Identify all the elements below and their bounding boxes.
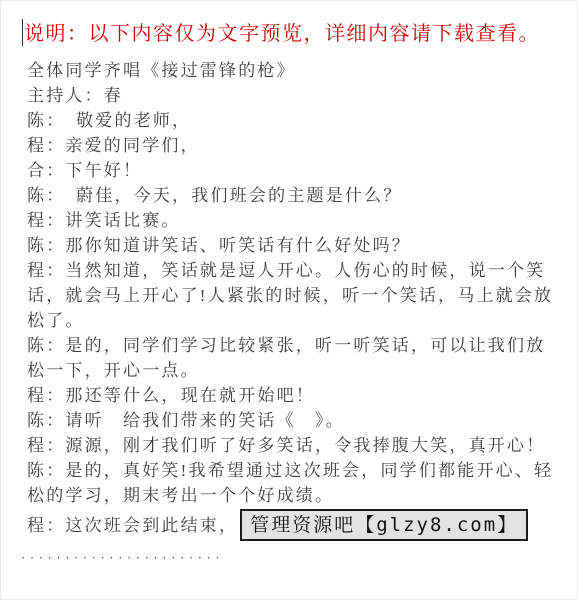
script-line: 程：当然知道，笑话就是逗人开心。人伤心的时候，说一个笑 [27,258,575,283]
document-preview-page: 说明：以下内容仅为文字预览，详细内容请下载查看。 全体同学齐唱《接过雷锋的枪》 … [0,0,578,600]
script-line: 松的学习，期末考出一个个好成绩。 [27,483,575,508]
text-caret [22,19,23,46]
script-line: 陈：请听 给我们带来的笑话《 》。 [27,408,575,433]
script-line: 松了。 [27,308,575,333]
script-line: 全体同学齐唱《接过雷锋的枪》 [27,58,575,83]
script-line: 合：下午好！ [27,158,575,183]
script-line: 程：源源，刚才我们听了好多笑话，令我捧腹大笑，真开心！ [27,433,575,458]
script-line: 陈： 蔚佳，今天，我们班会的主题是什么？ [27,183,575,208]
script-line: 程：讲笑话比赛。 [27,208,575,233]
script-line: 松一下，开心一点。 [27,358,575,383]
script-line: 程：那还等什么，现在就开始吧！ [27,383,575,408]
closing-line-text: 程：这次班会到此结束， [27,513,238,538]
script-line: 陈：是的，同学们学习比较紧张，听一听笑话，可以让我们放 [27,333,575,358]
closing-line: 程：这次班会到此结束， 管理资源吧【glzy8.com】 [27,508,575,542]
script-line: 陈： 敬爱的老师， [27,108,575,133]
dotted-line: ······················· [21,545,575,570]
glzy8-watermark-link[interactable]: 管理资源吧【glzy8.com】 [240,509,528,541]
script-line: 程：亲爱的同学们， [27,133,575,158]
script-line: 陈：那你知道讲笑话、听笑话有什么好处吗？ [27,233,575,258]
script-line: 主持人：春 [27,83,575,108]
script-line: 话，就会马上开心了!人紧张的时候，听一个笑话，马上就会放 [27,283,575,308]
script-line: 陈：是的，真好笑!我希望通过这次班会，同学们都能开心、轻 [27,458,575,483]
preview-notice: 说明：以下内容仅为文字预览，详细内容请下载查看。 [24,17,540,46]
script-content: 全体同学齐唱《接过雷锋的枪》 主持人：春 陈： 敬爱的老师， 程：亲爱的同学们，… [27,58,575,570]
